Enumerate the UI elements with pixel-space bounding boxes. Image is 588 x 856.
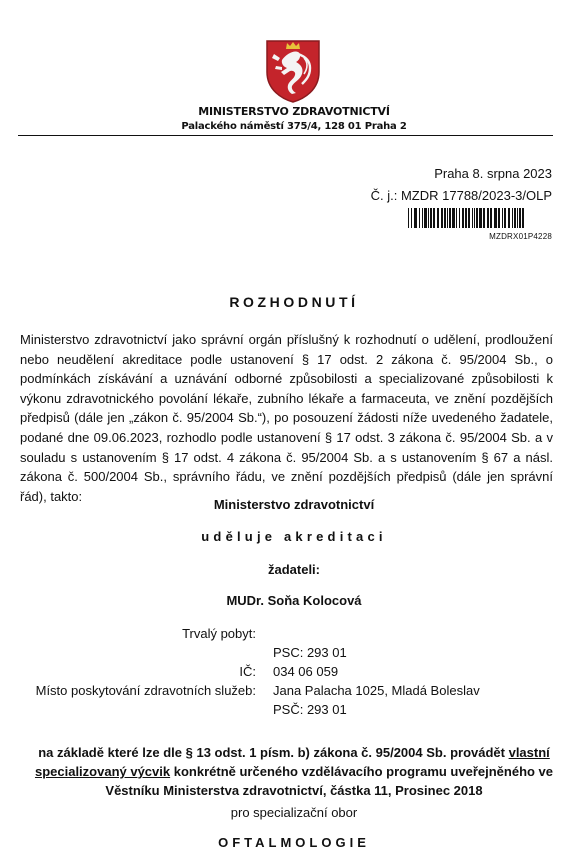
grant-statement: uděluje akreditaci (0, 529, 588, 544)
czech-coat-of-arms-icon (264, 38, 322, 104)
detail-value-ico: 034 06 059 (273, 664, 338, 679)
basis-text-2: konkrétně určeného vzdělávacího programu… (105, 764, 553, 798)
document-title: ROZHODNUTÍ (0, 294, 588, 310)
detail-label-residence: Trvalý pobyt: (182, 626, 256, 641)
detail-value-service-postcode: PSČ: 293 01 (273, 702, 347, 717)
detail-label-ico: IČ: (239, 664, 256, 679)
field-label: pro specializační obor (0, 805, 588, 820)
ministry-address: Palackého náměstí 375/4, 128 01 Praha 2 (0, 121, 588, 132)
barcode-text: MZDRX01P4228 (489, 232, 552, 241)
header-divider (18, 135, 553, 136)
to-applicant-label: žadateli: (0, 562, 588, 577)
applicant-name: MUDr. Soňa Kolocová (0, 593, 588, 608)
ministry-name: MINISTERSTVO ZDRAVOTNICTVÍ (0, 105, 588, 118)
barcode (408, 208, 552, 228)
detail-label-service-location: Místo poskytování zdravotních služeb: (36, 683, 256, 698)
place-date: Praha 8. srpna 2023 (434, 166, 552, 181)
detail-value-service-location: Jana Palacha 1025, Mladá Boleslav (273, 683, 480, 698)
authority-name: Ministerstvo zdravotnictví (0, 497, 588, 512)
detail-value-postcode: PSC: 293 01 (273, 645, 347, 660)
accreditation-basis: na základě které lze dle § 13 odst. 1 pí… (20, 743, 568, 800)
field-name: OFTALMOLOGIE (0, 835, 588, 850)
basis-text-1: na základě které lze dle § 13 odst. 1 pí… (38, 745, 508, 760)
reference-number: Č. j.: MZDR 17788/2023-3/OLP (371, 188, 552, 203)
intro-paragraph: Ministerstvo zdravotnictví jako správní … (20, 330, 553, 506)
